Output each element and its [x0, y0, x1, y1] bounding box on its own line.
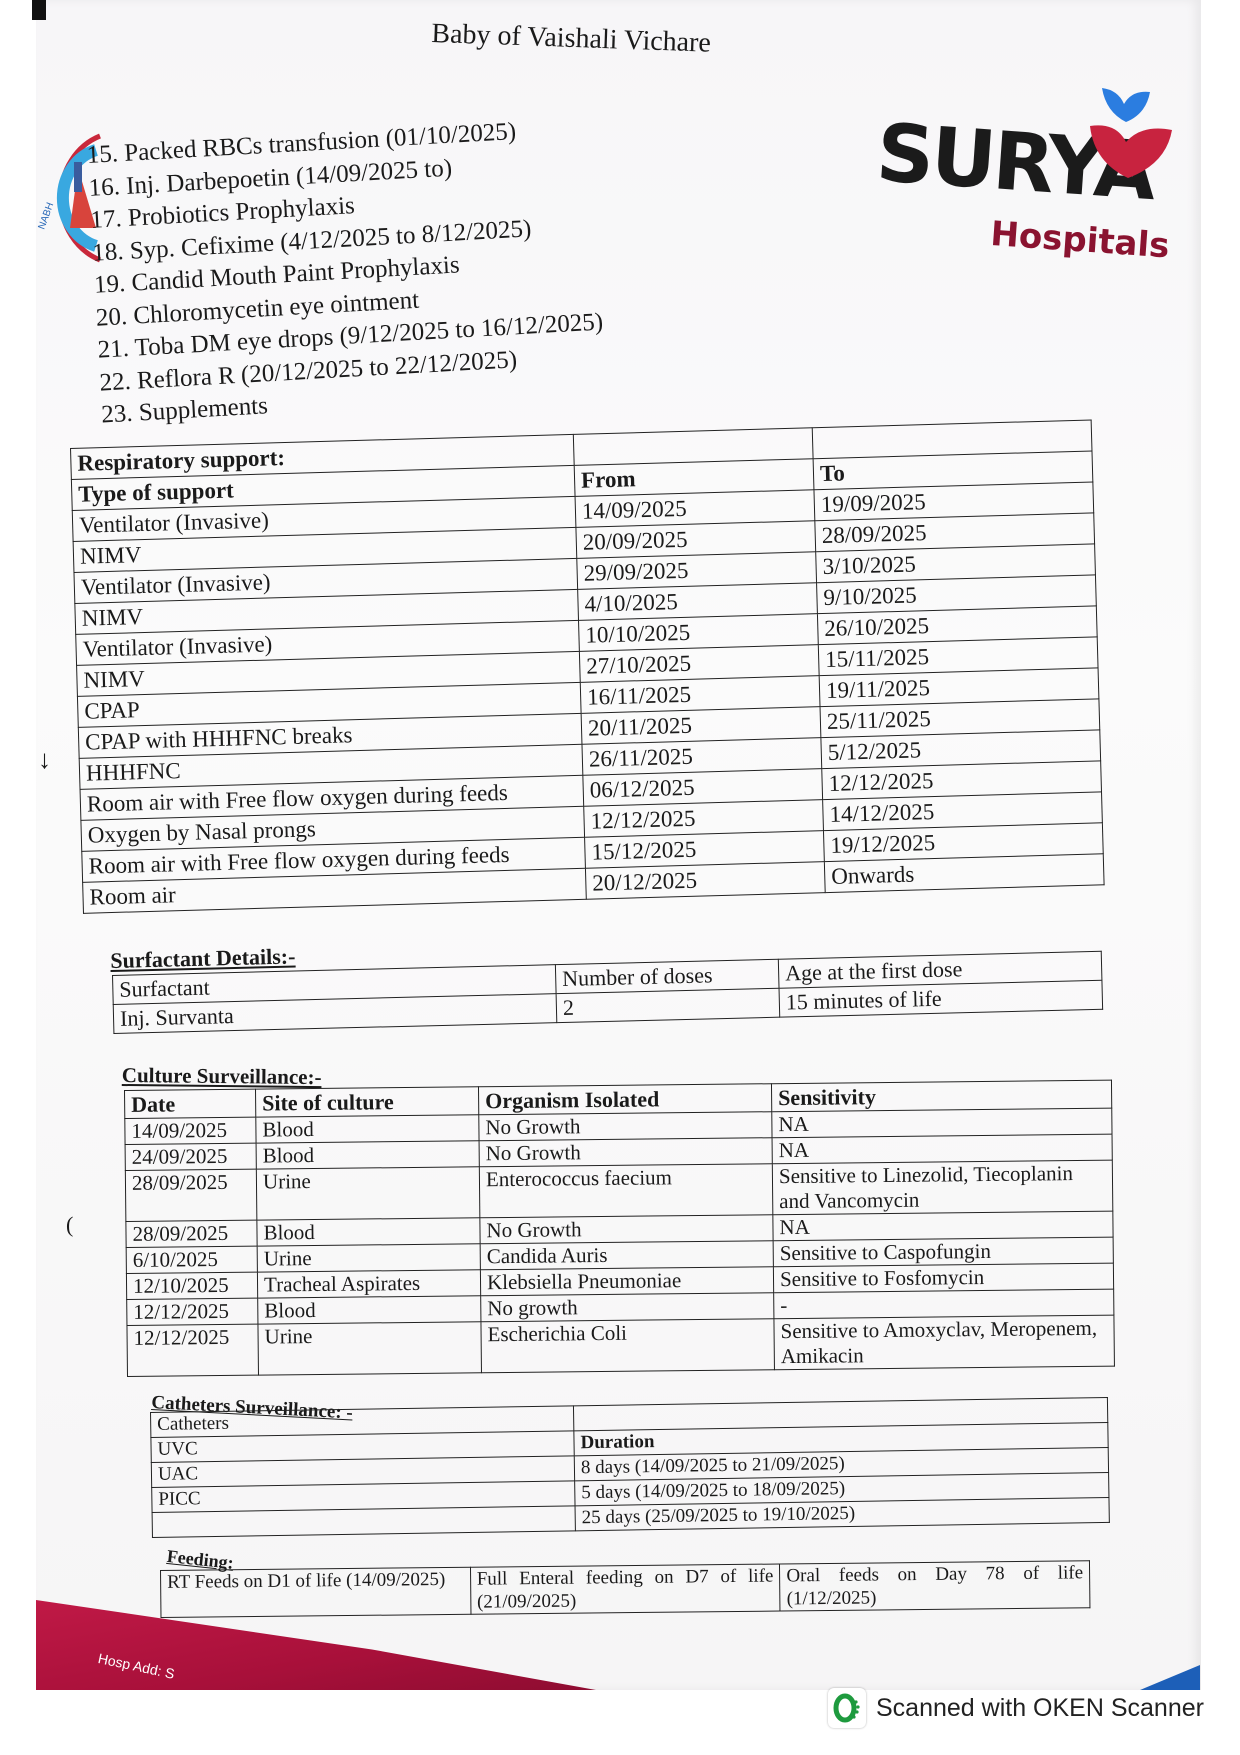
respiratory-support-section: Respiratory support: Type of support Fro… [70, 419, 1105, 913]
surya-hospitals-logo: SURYA Hospitals [880, 86, 1180, 266]
table-cell: Sensitive to Caspofungin [773, 1237, 1113, 1267]
table-cell: No Growth [479, 1138, 772, 1167]
table-cell: Blood [256, 1115, 479, 1143]
table-cell: Escherichia Coli [481, 1319, 775, 1373]
logo-subtitle: Hospitals [989, 214, 1170, 266]
table-cell: Enterococcus faecium [479, 1164, 773, 1218]
medication-list: 15. Packed RBCs transfusion (01/10/2025)… [86, 101, 801, 432]
table-cell: 20/12/2025 [585, 862, 825, 900]
table-cell: Tracheal Aspirates [257, 1270, 480, 1298]
catheters-table: Catheters UVCDurationUAC8 days (14/09/20… [150, 1397, 1110, 1538]
table-cell: 12/10/2025 [126, 1272, 257, 1299]
page-corner-shadow [32, 0, 46, 20]
respiratory-rows: Ventilator (Invasive)14/09/202519/09/202… [72, 482, 1104, 913]
table-cell: Candida Auris [480, 1241, 773, 1270]
catheter-rows: UVCDurationUAC8 days (14/09/2025 to 21/0… [151, 1422, 1109, 1537]
culture-title: Culture Surveillance:- [122, 1063, 322, 1090]
table-cell: - [774, 1289, 1114, 1319]
respiratory-support-table: Respiratory support: Type of support Fro… [70, 419, 1105, 913]
table-cell: 12/12/2025 [127, 1298, 258, 1325]
column-header: Sensitivity [771, 1080, 1111, 1112]
column-header: Site of culture [255, 1087, 478, 1117]
table-cell: Urine [258, 1322, 482, 1375]
table-cell: 28/09/2025 [125, 1169, 257, 1221]
table-cell: 2 [556, 988, 780, 1022]
table-cell: No Growth [479, 1112, 772, 1141]
table-cell: Blood [256, 1141, 479, 1169]
table-cell: NA [772, 1134, 1112, 1164]
column-header: Organism Isolated [478, 1084, 771, 1115]
table-cell: No growth [481, 1293, 774, 1322]
scanner-text: Scanned with OKEN Scanner [876, 1694, 1204, 1723]
catheters-section: Catheters UVCDurationUAC8 days (14/09/20… [150, 1397, 1110, 1538]
table-cell: 6/10/2025 [126, 1246, 257, 1273]
table-cell: NA [773, 1211, 1113, 1241]
table-cell: Sensitive to Amoxyclav, Meropenem, Amika… [774, 1315, 1115, 1370]
table-cell: 28/09/2025 [126, 1220, 257, 1247]
feeding-cell: Oral feeds on Day 78 of life (1/12/2025) [780, 1561, 1090, 1611]
table-cell: 14/09/2025 [125, 1117, 256, 1144]
feeding-cell: Full Enteral feeding on D7 of life (21/0… [470, 1564, 780, 1614]
surfactant-title: Surfactant Details:- [110, 943, 296, 974]
heart-logo-icon [1088, 86, 1178, 186]
pen-mark: ( [66, 1212, 73, 1238]
table-cell: Sensitive to Fosfomycin [773, 1263, 1113, 1293]
table-cell: Klebsiella Pneumoniae [480, 1267, 773, 1296]
table-cell: 24/09/2025 [125, 1143, 256, 1170]
table-cell: NA [772, 1108, 1112, 1138]
table-cell: Urine [257, 1244, 480, 1272]
table-row: 12/12/2025UrineEscherichia ColiSensitive… [127, 1315, 1114, 1376]
svg-text:NABH: NABH [36, 201, 56, 231]
table-cell: Blood [258, 1296, 481, 1324]
culture-rows: 14/09/2025BloodNo GrowthNA24/09/2025Bloo… [125, 1108, 1115, 1376]
culture-table: Date Site of culture Organism Isolated S… [124, 1080, 1115, 1377]
culture-section: Date Site of culture Organism Isolated S… [124, 1080, 1115, 1377]
scanner-watermark: Scanned with OKEN Scanner [828, 1688, 1204, 1728]
feeding-section: RT Feeds on D1 of life (14/09/2025) Full… [160, 1560, 1090, 1618]
oken-scanner-icon [828, 1688, 866, 1728]
column-header: Date [125, 1089, 256, 1118]
feeding-cell: RT Feeds on D1 of life (14/09/2025) [161, 1567, 471, 1617]
pen-mark: ↓ [38, 745, 51, 775]
feeding-table: RT Feeds on D1 of life (14/09/2025) Full… [160, 1560, 1090, 1618]
table-cell: No Growth [480, 1215, 773, 1244]
table-cell: Sensitive to Linezolid, Tiecoplanin and … [772, 1160, 1113, 1215]
table-cell: Urine [256, 1167, 480, 1220]
table-cell: Blood [257, 1218, 480, 1246]
table-cell: 12/12/2025 [127, 1324, 259, 1376]
